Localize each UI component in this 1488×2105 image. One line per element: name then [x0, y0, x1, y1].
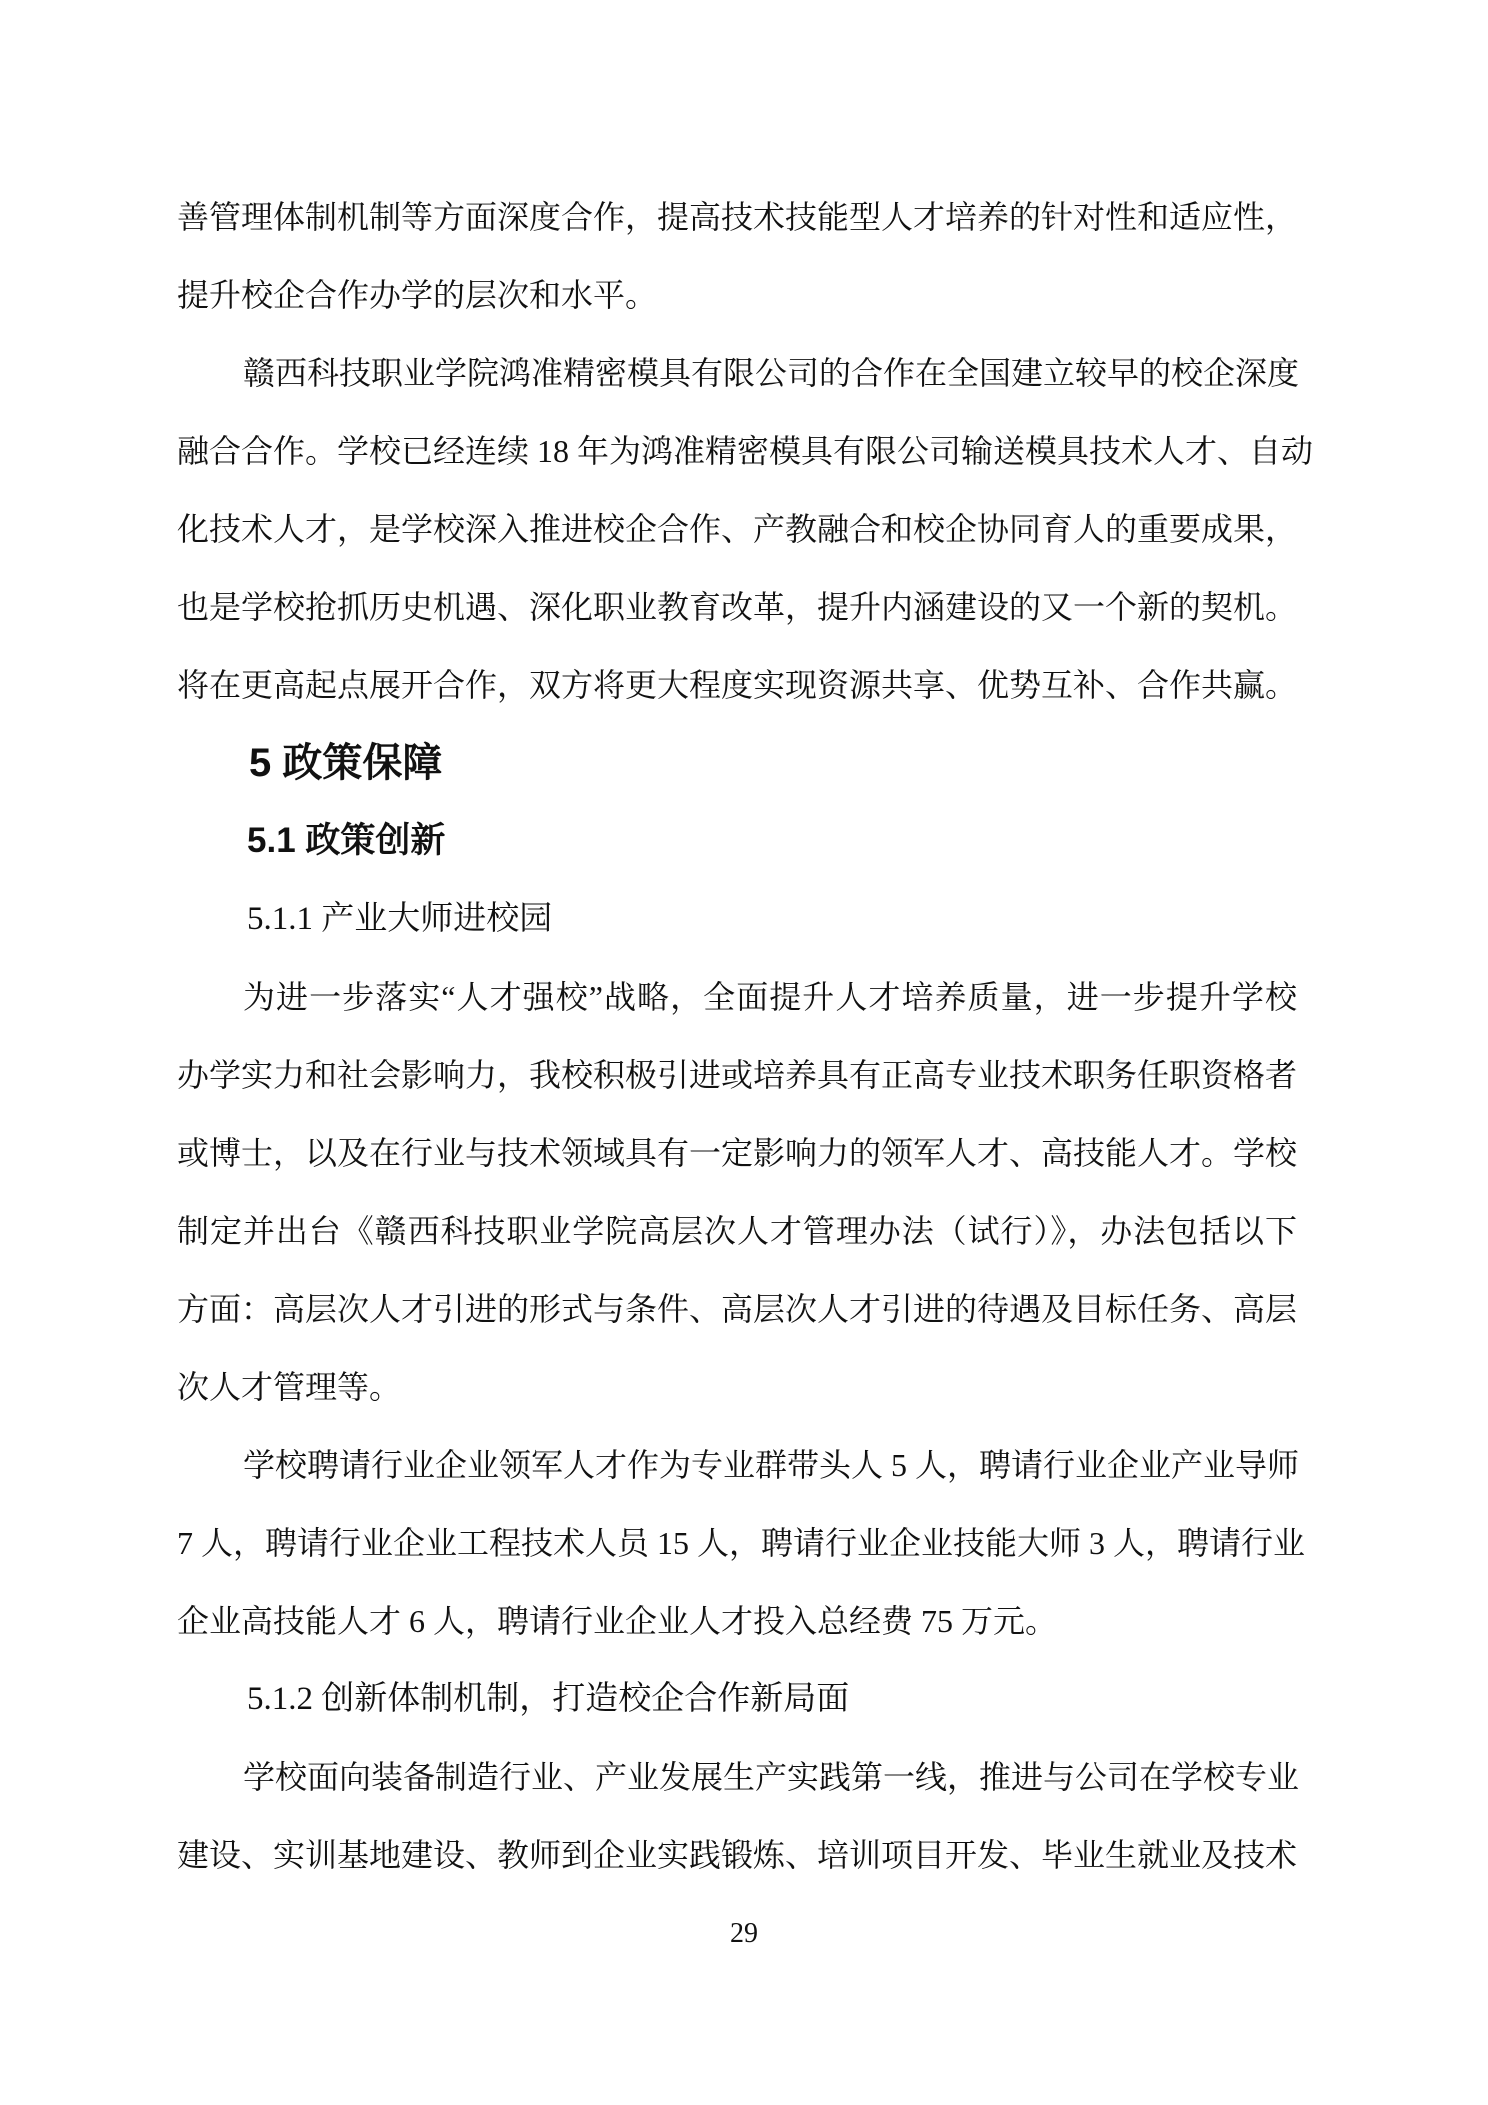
text-line: 企业高技能人才 6 人，聘请行业企业人才投入总经费 75 万元。 [177, 1582, 1297, 1660]
text-line: 赣西科技职业学院鸿准精密模具有限公司的合作在全国建立较早的校企深度 [177, 334, 1297, 412]
document-page: 善管理体制机制等方面深度合作，提高技术技能型人才培养的针对性和适应性，提升校企合… [0, 0, 1488, 2105]
text-line: 建设、实训基地建设、教师到企业实践锻炼、培训项目开发、毕业生就业及技术 [177, 1816, 1297, 1894]
text-line: 为进一步落实“人才强校”战略，全面提升人才培养质量，进一步提升学校 [177, 958, 1297, 1036]
text-line: 将在更高起点展开合作，双方将更大程度实现资源共享、优势互补、合作共赢。 [177, 646, 1297, 724]
section-heading: 5.1.1 产业大师进校园 [177, 880, 1297, 958]
document-body: 善管理体制机制等方面深度合作，提高技术技能型人才培养的针对性和适应性，提升校企合… [177, 178, 1297, 1894]
text-line: 学校聘请行业企业领军人才作为专业群带头人 5 人，聘请行业企业产业导师 [177, 1426, 1297, 1504]
text-line: 办学实力和社会影响力，我校积极引进或培养具有正高专业技术职务任职资格者 [177, 1036, 1297, 1114]
text-line: 提升校企合作办学的层次和水平。 [177, 256, 1297, 334]
text-line: 次人才管理等。 [177, 1348, 1297, 1426]
text-line: 融合合作。学校已经连续 18 年为鸿准精密模具有限公司输送模具技术人才、自动 [177, 412, 1297, 490]
text-line: 或博士，以及在行业与技术领域具有一定影响力的领军人才、高技能人才。学校 [177, 1114, 1297, 1192]
text-line: 方面：高层次人才引进的形式与条件、高层次人才引进的待遇及目标任务、高层 [177, 1270, 1297, 1348]
text-line: 善管理体制机制等方面深度合作，提高技术技能型人才培养的针对性和适应性， [177, 178, 1297, 256]
section-heading: 5.1.2 创新体制机制，打造校企合作新局面 [177, 1660, 1297, 1738]
text-line: 制定并出台《赣西科技职业学院高层次人才管理办法（试行）》，办法包括以下 [177, 1192, 1297, 1270]
section-heading: 5 政策保障 [177, 724, 1297, 802]
page-number: 29 [0, 1918, 1488, 1950]
section-heading: 5.1 政策创新 [177, 802, 1297, 880]
text-line: 学校面向装备制造行业、产业发展生产实践第一线，推进与公司在学校专业 [177, 1738, 1297, 1816]
text-line: 也是学校抢抓历史机遇、深化职业教育改革，提升内涵建设的又一个新的契机。 [177, 568, 1297, 646]
text-line: 化技术人才，是学校深入推进校企合作、产教融合和校企协同育人的重要成果， [177, 490, 1297, 568]
text-line: 7 人，聘请行业企业工程技术人员 15 人，聘请行业企业技能大师 3 人，聘请行… [177, 1504, 1297, 1582]
